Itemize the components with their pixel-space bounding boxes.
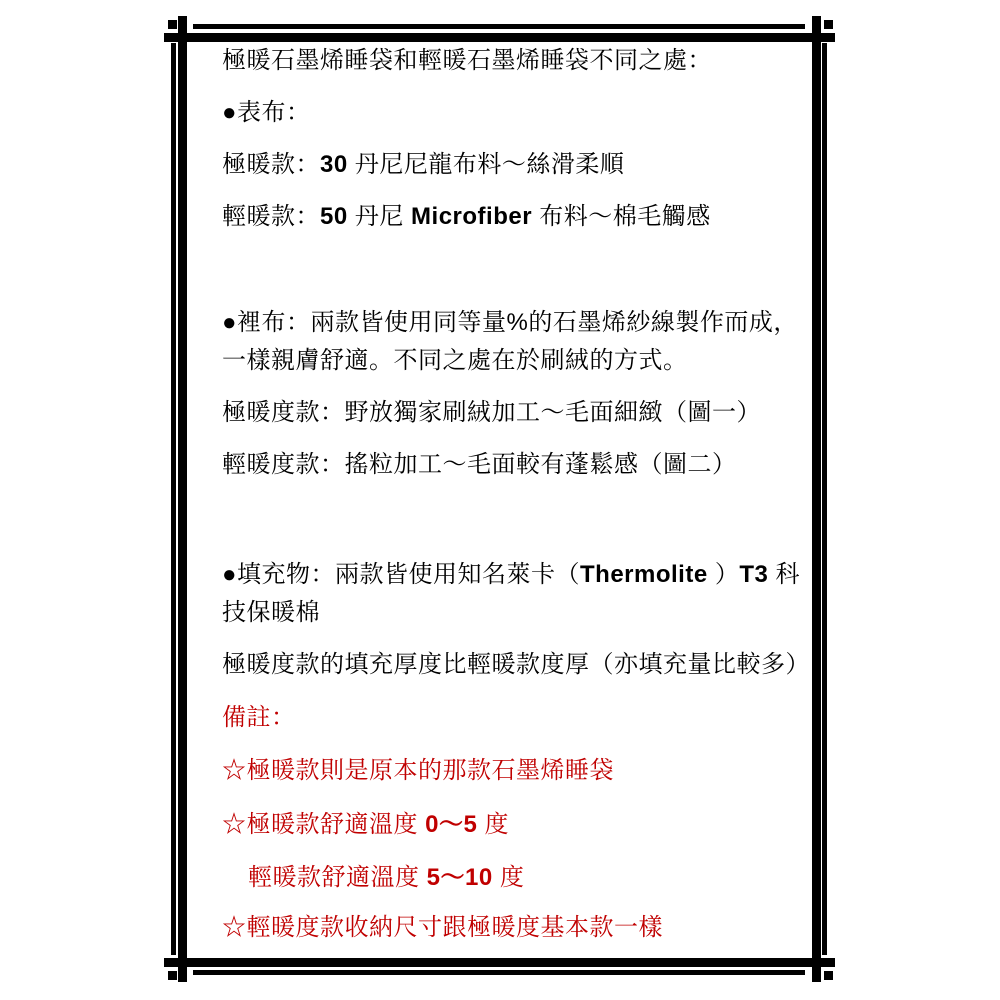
filling-paragraph: ●填充物：兩款皆使用知名萊卡（Thermolite ）T3 科技保暖棉 <box>222 556 796 632</box>
bold-text-segment: 50 <box>320 203 348 230</box>
text-segment: 極暖度款：野放獨家刷絨加工～毛面細緻（圖一） <box>222 399 761 426</box>
bullet-icon: ● <box>222 309 237 336</box>
corner-square-top-right <box>824 20 833 29</box>
text-segment: 布料～棉毛觸感 <box>532 203 711 230</box>
text-segment: 科 <box>768 561 800 588</box>
light-model-lining: 輕暖度款：搖粒加工～毛面較有蓬鬆感（圖二） <box>222 446 796 484</box>
star-icon: ☆ <box>222 811 247 838</box>
warm-model-fabric: 極暖款：30 丹尼尼龍布料～絲滑柔順 <box>222 146 796 184</box>
text-segment: 表布： <box>237 99 311 126</box>
text-segment: 極暖石墨烯睡袋和輕暖石墨烯睡袋不同之處： <box>222 47 712 74</box>
text-segment: 極暖度款的填充厚度比輕暖款度厚（亦填充量比較多） <box>222 651 810 678</box>
border-thick-bottom <box>164 958 835 967</box>
lining-paragraph: ●裡布：兩款皆使用同等量%的石墨烯紗線製作而成，一樣親膚舒適。不同之處在於刷絨的… <box>222 304 796 380</box>
text-segment: 輕暖度款收納尺寸跟極暖度基本款一樣 <box>247 914 664 941</box>
filling-thickness-note: 極暖度款的填充厚度比輕暖款度厚（亦填充量比較多） <box>222 646 796 684</box>
document-page: { "colors": { "text": "#000000", "red": … <box>0 0 1000 1000</box>
text-segment: 丹尼 <box>348 203 411 230</box>
border-thick-top <box>164 33 835 42</box>
text-segment: 極暖款舒適溫度 <box>247 811 426 838</box>
text-segment: 裡布：兩款皆使用同等量%的石墨烯紗線製作而成， <box>237 309 798 336</box>
text-segment: 度 <box>493 864 525 891</box>
border-thin-left <box>171 43 176 955</box>
light-model-fabric: 輕暖款：50 丹尼 Microfiber 布料～棉毛觸感 <box>222 198 796 236</box>
text-segment: 填充物：兩款皆使用知名萊卡（ <box>237 561 580 588</box>
bullet-icon: ● <box>222 99 237 126</box>
text-segment: 輕暖款： <box>222 203 320 230</box>
text-segment: 一樣親膚舒適。不同之處在於刷絨的方式。 <box>222 347 688 374</box>
text-segment: 度 <box>477 811 509 838</box>
text-segment: 備註： <box>222 704 296 731</box>
text-segment: ） <box>715 561 740 588</box>
notes-heading: 備註： <box>222 699 796 737</box>
text-segment: 極暖款： <box>222 151 320 178</box>
bold-text-segment: 0～5 <box>425 811 477 838</box>
bold-text-segment: 5～10 <box>427 864 493 891</box>
bold-text-segment: Microfiber <box>411 203 532 230</box>
text-segment: 輕暖度款：搖粒加工～毛面較有蓬鬆感（圖二） <box>222 451 737 478</box>
bold-text-segment: Thermolite <box>580 561 715 588</box>
border-thick-left <box>178 16 187 982</box>
note-original-model: ☆極暖款則是原本的那款石墨烯睡袋 <box>222 752 796 790</box>
border-thin-bottom <box>193 970 805 975</box>
note-storage-size: ☆輕暖度款收納尺寸跟極暖度基本款一樣 <box>222 909 796 947</box>
border-thin-right <box>822 43 827 955</box>
surface-fabric-heading: ●表布： <box>222 94 796 132</box>
note-light-temp: 輕暖款舒適溫度 5～10 度 <box>222 859 796 897</box>
text-segment: 極暖款則是原本的那款石墨烯睡袋 <box>247 757 615 784</box>
title-line: 極暖石墨烯睡袋和輕暖石墨烯睡袋不同之處： <box>222 42 796 80</box>
corner-square-bottom-right <box>824 971 833 980</box>
bold-text-segment: T3 <box>739 561 768 588</box>
star-icon: ☆ <box>222 914 247 941</box>
border-thick-right <box>812 16 821 982</box>
corner-square-bottom-left <box>168 971 177 980</box>
border-thin-top <box>193 24 805 29</box>
star-icon: ☆ <box>222 757 247 784</box>
note-warm-temp: ☆極暖款舒適溫度 0～5 度 <box>222 806 796 844</box>
text-segment: 技保暖棉 <box>222 599 320 626</box>
text-segment: 丹尼尼龍布料～絲滑柔順 <box>348 151 625 178</box>
bold-text-segment: 30 <box>320 151 348 178</box>
corner-square-top-left <box>168 20 177 29</box>
bullet-icon: ● <box>222 561 237 588</box>
document-body: 極暖石墨烯睡袋和輕暖石墨烯睡袋不同之處：●表布：極暖款：30 丹尼尼龍布料～絲滑… <box>188 42 812 947</box>
text-segment: 輕暖款舒適溫度 <box>248 864 427 891</box>
warm-model-lining: 極暖度款：野放獨家刷絨加工～毛面細緻（圖一） <box>222 394 796 432</box>
